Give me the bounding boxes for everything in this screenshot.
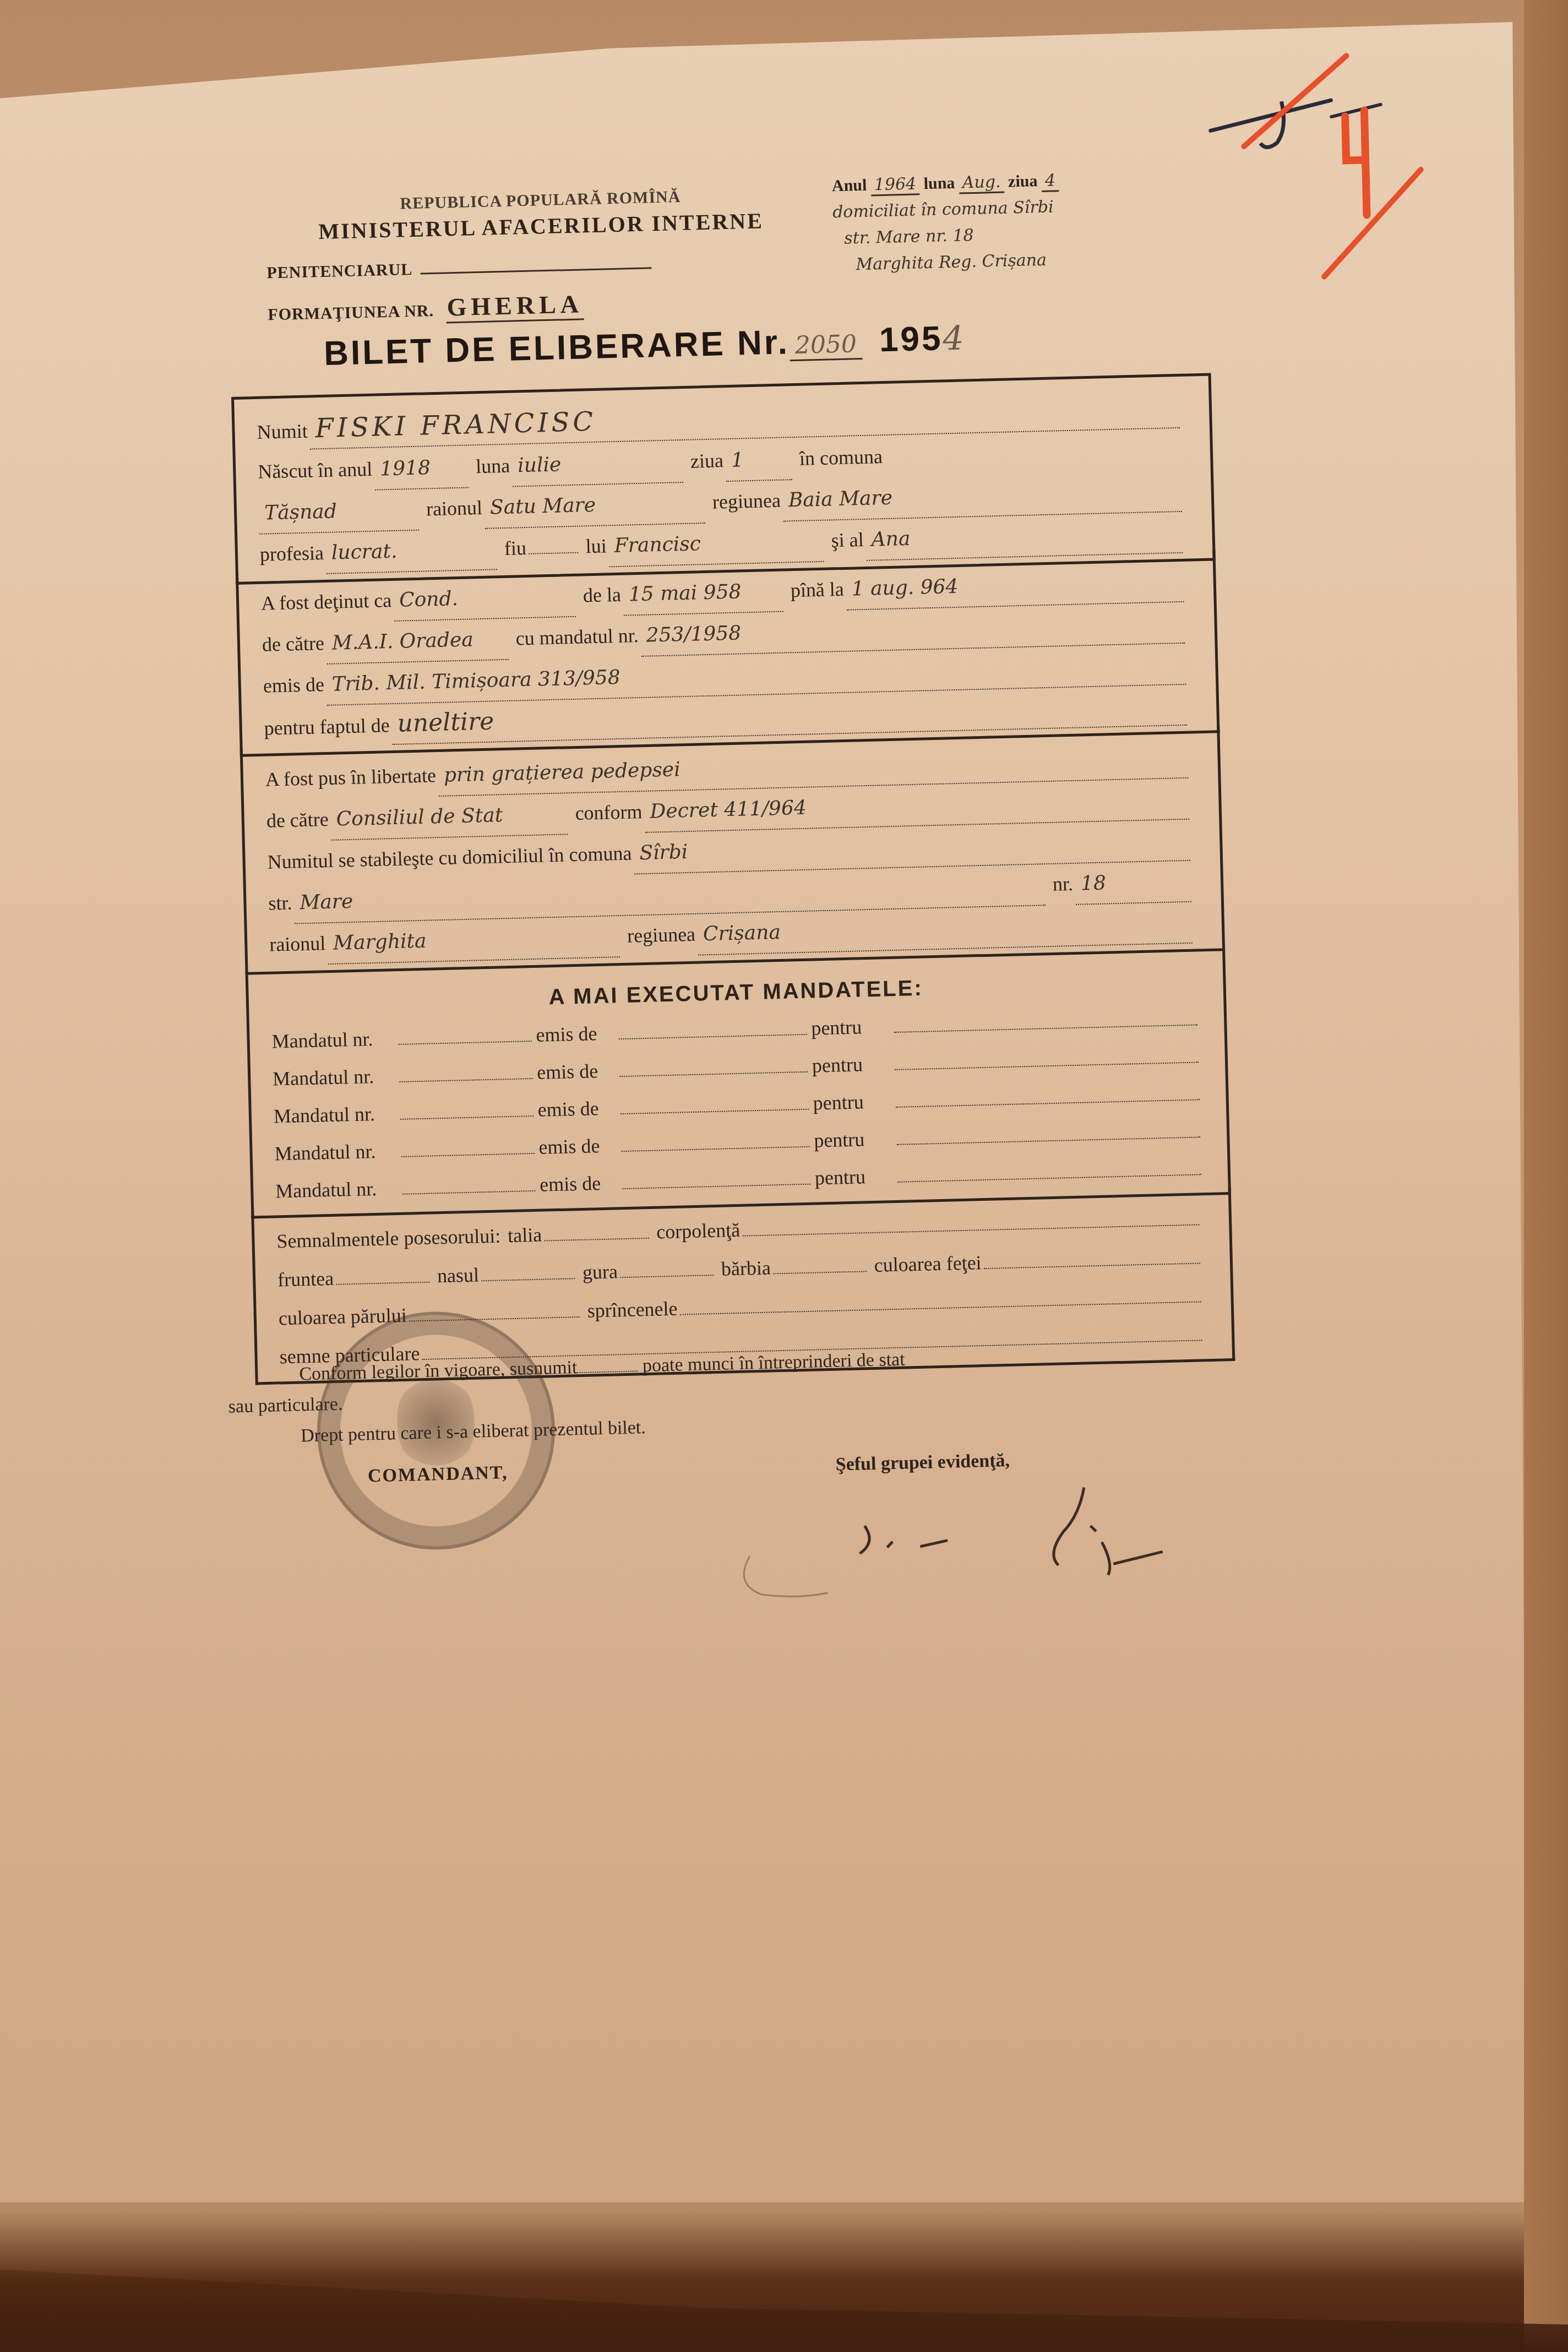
mandate-offense-field[interactable] [897,1136,1201,1145]
ticket-number[interactable]: 2050 [789,330,862,361]
mandates-section: A MAI EXECUTAT MANDATELE: Mandatul nr.em… [246,951,1231,1218]
header: REPUBLICA POPULARĂ ROMÎNĂ MINISTERUL AFA… [265,184,816,246]
mandate-number-field[interactable] [402,1190,535,1195]
release-section: A fost pus în libertateprin grațierea pe… [240,725,1225,974]
mandate-number-field[interactable] [399,1078,532,1082]
birth-month-field[interactable]: iulie [511,442,683,487]
formation-value[interactable]: GHERLA [446,289,584,323]
coat-of-arms-icon [396,1375,476,1470]
mandate-offense-field[interactable] [894,1024,1198,1032]
birth-year-field[interactable]: 1918 [374,448,469,491]
from-date-field[interactable]: 15 mai 958 [623,571,783,616]
signature-icon [726,1477,1280,1600]
form-title: BILET DE ELIBERARE Nr.2050 1954 [323,318,966,373]
mandates-list: Mandatul nr.emis depentruMandatul nr.emi… [271,1000,1206,1210]
release-ticket-form: REPUBLICA POPULARĂ ROMÎNĂ MINISTERUL AFA… [165,152,1273,1587]
mouth-field[interactable] [620,1275,714,1278]
mandate-issued-by-field[interactable] [622,1184,810,1189]
held-as-field[interactable]: Cond. [393,576,576,622]
mandate-issued-by-field[interactable] [622,1146,810,1152]
street-number-field[interactable]: 18 [1075,862,1191,905]
formation-field: FORMAŢIUNEA Nr. GHERLA [268,289,584,328]
height-field[interactable] [545,1238,649,1242]
nose-field[interactable] [481,1278,575,1281]
face-color-field[interactable] [984,1262,1200,1269]
mandate-issued-by-field[interactable] [620,1109,809,1114]
detention-section: A fost deţinut caCond. de la15 mai 958 p… [236,549,1220,756]
mandate-issued-by-field[interactable] [619,1071,808,1077]
mandate-number-field[interactable] [401,1153,535,1157]
until-date-field[interactable]: 1 aug. 964 [846,562,1184,611]
background-surface [1524,0,1568,2352]
detained-by-field[interactable]: M.A.I. Oradea [326,619,509,665]
build-field[interactable] [742,1224,1199,1237]
mandate-issued-by-field[interactable] [619,1034,807,1039]
birth-district-field[interactable]: Satu Mare [484,483,705,529]
mandate-offense-field[interactable] [895,1061,1199,1070]
released-by-field[interactable]: Consiliul de Stat [330,794,568,840]
domicile-district-field[interactable]: Marghita [327,917,620,965]
chin-field[interactable] [773,1271,867,1274]
forehead-field[interactable] [336,1282,429,1285]
mandate-offense-field[interactable] [897,1174,1201,1182]
eyebrows-field[interactable] [680,1301,1201,1315]
shadow [0,2242,1568,2352]
handwritten-top-note: Anul 1964 luna Aug. ziua 4 domiciliat în… [831,163,1241,279]
mandate-number-field[interactable] [400,1115,533,1120]
penitentiary-field: PENITENCIARUL [266,254,651,282]
records-chief-label: Şeful grupei evidenţă, [835,1445,1010,1480]
birth-day-field[interactable]: 1 [725,439,792,482]
mandate-offense-field[interactable] [896,1099,1200,1107]
mandate-number-field[interactable] [399,1041,532,1045]
birth-commune-field[interactable]: Tășnad [258,490,419,535]
